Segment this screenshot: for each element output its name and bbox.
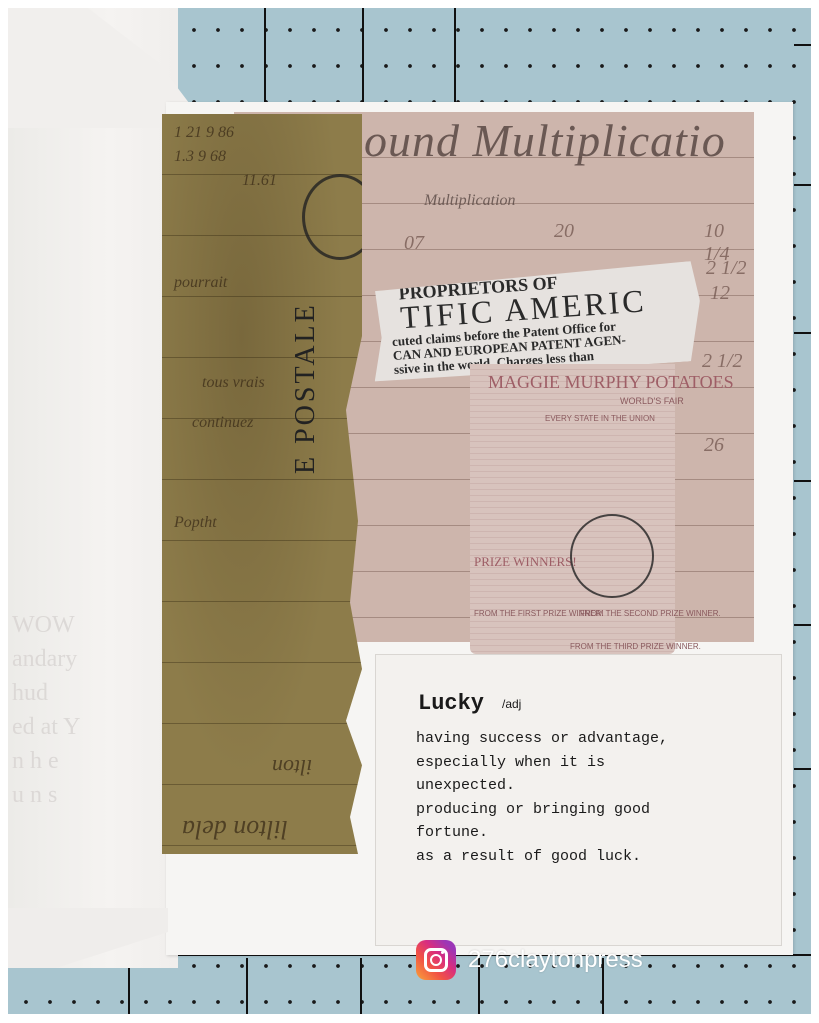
mat-grid-line (794, 184, 811, 186)
script-line: lilton dela (182, 814, 288, 844)
mat-grid-line (794, 624, 811, 626)
definition-line: fortune. (416, 821, 668, 845)
ghost-line: n h e (12, 744, 80, 778)
definition-line: as a result of good luck. (416, 845, 668, 869)
ghost-line: hud (12, 676, 80, 710)
part-of-speech: /adj (502, 697, 521, 711)
ledger-number: 20 (554, 220, 574, 243)
mat-grid-line (794, 480, 811, 482)
instagram-icon (416, 940, 456, 980)
script-line: 1.3 9 68 (174, 148, 226, 166)
ad-title: MAGGIE MURPHY POTATOES (488, 372, 734, 393)
definition-line: producing or bringing good (416, 798, 668, 822)
mat-grid-line (246, 958, 248, 1014)
card: ound Multiplicatio Multiplication 07 20 … (166, 102, 793, 955)
script-line: tous vrais (202, 374, 265, 392)
ghost-line: WOW (12, 608, 80, 642)
definition-word: Lucky (418, 691, 484, 716)
ad-world-fair: WORLD'S FAIR (620, 396, 684, 406)
collage-photo: WOW andary hud ed at Y n h e u n s ound … (8, 8, 811, 1014)
script-line: Poptht (174, 514, 217, 532)
mat-grid-line (264, 8, 266, 108)
watermark: 276claytonpress (416, 940, 643, 980)
ghost-line: ed at Y (12, 710, 80, 744)
mat-grid-line (362, 8, 364, 108)
ad-tagline: EVERY STATE IN THE UNION (545, 414, 655, 423)
potato-ad-clipping: MAGGIE MURPHY POTATOES WORLD'S FAIR EVER… (470, 364, 675, 654)
ledger-title: ound Multiplicatio (364, 114, 726, 167)
ledger-number: 2 1/2 (702, 350, 743, 373)
mat-grid-line (454, 8, 456, 108)
mat-grid-line (360, 958, 362, 1014)
mat-grid-line (794, 332, 811, 334)
instagram-handle: 276claytonpress (468, 946, 643, 974)
ledger-subtitle: Multiplication (424, 192, 516, 210)
script-line: pourrait (174, 274, 227, 292)
ledger-number: 26 (704, 434, 724, 457)
ad-winners: PRIZE WINNERS! (474, 554, 577, 570)
postale-text: E POSTALE (290, 302, 322, 474)
ad-second-winner: FROM THE SECOND PRIZE WINNER. (580, 609, 721, 618)
ledger-number: 12 (710, 282, 730, 305)
script-line: continuez (192, 414, 253, 432)
script-line: 1 21 9 86 (174, 124, 234, 142)
mat-grid-line (794, 768, 811, 770)
left-page: WOW andary hud ed at Y n h e u n s (8, 8, 178, 968)
ledger-number: 2 1/2 (706, 257, 747, 280)
definition-line: having success or advantage, (416, 727, 668, 751)
definition-line: especially when it is (416, 751, 668, 775)
ghost-line: andary (12, 642, 80, 676)
ad-third-winner: FROM THE THIRD PRIZE WINNER. (570, 642, 701, 651)
brown-tissue-paper: 1 21 9 86 1.3 9 68 11.61 pourrait tous v… (162, 114, 362, 854)
mat-grid-line (794, 44, 811, 46)
script-line: ilton (272, 754, 312, 780)
postmark-stamp (570, 514, 654, 598)
definition-card: Lucky /adj having success or advantage, … (376, 655, 781, 945)
definition-text: having success or advantage, especially … (416, 727, 668, 868)
script-line: 11.61 (242, 172, 277, 190)
ledger-number: 07 (404, 232, 424, 255)
ghost-line: u n s (12, 778, 80, 812)
definition-line: unexpected. (416, 774, 668, 798)
ghost-text: WOW andary hud ed at Y n h e u n s (12, 608, 80, 812)
